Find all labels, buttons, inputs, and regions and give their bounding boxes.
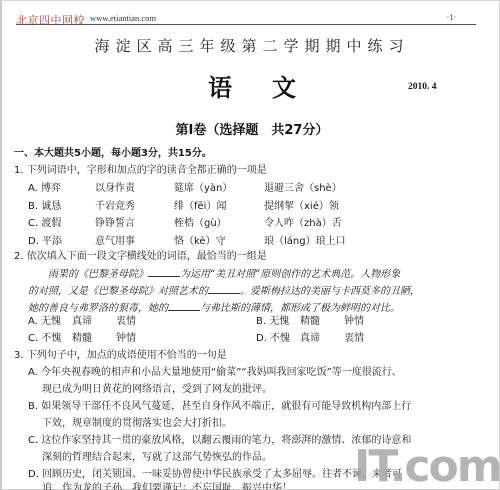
option-word: 精髓	[72, 329, 116, 344]
option-word: 令人咋（zhà）舌	[264, 214, 342, 229]
fill-blank	[208, 285, 240, 294]
question-1-options: A. 博弈 以身作责 筵席（yàn） 退避三舍（shè） B. 诚恳 千岩竞秀 …	[28, 179, 448, 249]
passage-line: 的对照，又是《巴黎圣母院》对照艺术的。爱斯梅拉达的美丽与卡西莫多的丑陋，	[28, 282, 488, 297]
option-word: 千岩竞秀	[95, 197, 135, 212]
option-word: 衷情	[116, 312, 160, 327]
option-b-line-1: B. 如果领导干部任不良风气蔓延，甚至自身作风不端正，就很有可能导致机构内部上行	[28, 397, 411, 412]
page-number: ·1·	[447, 13, 456, 22]
passage-line: 雨果的《巴黎圣母院》为运用“美丑对照”原则创作的艺术典范。人物形象	[28, 265, 488, 280]
option-d-line-1: D. 回顾历史，闭关锁国、一味妥协曾使中华民族承受了太多屈辱。往者不谏，来者可	[28, 465, 402, 480]
passage-text: 。爱斯梅拉达的美丽与卡西莫多的丑陋，	[240, 286, 420, 297]
option-word: 桎梏（gù）	[174, 214, 227, 229]
header-divider	[16, 24, 476, 25]
option-word: 筵席（yàn）	[174, 179, 232, 194]
option-row: A. 无愧真谛衷情	[28, 312, 160, 327]
option-word: 衷情	[344, 329, 388, 344]
option-word: 真谛	[72, 312, 116, 327]
option-label: D. 不愧	[256, 329, 300, 344]
option-word: 琅（láng）琅上口	[264, 232, 346, 247]
option-row: D. 不愧真谛衷情	[256, 329, 388, 344]
option-label: A. 博弈	[28, 179, 61, 194]
option-word: 精髓	[300, 312, 344, 327]
option-c-line-2: 深刻的哲理结合起来，写就了这部气势恢弘的作品。	[42, 448, 272, 463]
option-label: C. 不愧	[28, 329, 72, 344]
option-d-line-2: 追，作为龙的子孙，我们要谨记：不忘国耻，振兴中华！	[42, 479, 292, 490]
option-word: 意气用事	[95, 232, 135, 247]
question-1-stem: 1. 下列词语中，字形和加点的字的读音全都正确的一项是	[14, 161, 267, 176]
part-heading: 一、本大题共5小题，每小题3分，共15分。	[14, 144, 212, 159]
option-word: 以身作责	[95, 179, 135, 194]
option-label: A. 无愧	[28, 312, 72, 327]
option-a-line-1: A. 今年央视春晚的相声和小品大量地使用“偷菜”“我妈叫我回家吃饭”等一度很流行…	[28, 363, 402, 378]
option-label: B. 诚恳	[28, 197, 61, 212]
watermark-logo: IT.com.cn	[354, 441, 500, 490]
passage-text: 为运用“美丑对照”原则创作的艺术典范。人物形象	[180, 269, 400, 280]
option-row: B. 无愧精髓钟情	[256, 312, 388, 327]
exam-page: 北京四中网校 www.etiantian.com ·1· 海淀区高三年级第二学期…	[0, 0, 500, 490]
option-label: B. 无愧	[256, 312, 300, 327]
option-b-line-2: 下效，规章制度的贯彻落实也会大打折扣。	[42, 414, 232, 429]
option-word: 退避三舍（shè）	[264, 179, 342, 194]
option-a-line-2: 现已成为明日黄花的网络语言，受到了网友的批评。	[42, 380, 272, 395]
option-word: 恪（kè）守	[174, 232, 226, 247]
option-row: A. 博弈 以身作责 筵席（yàn） 退避三舍（shè）	[28, 179, 448, 197]
option-row: C. 不愧精髓钟情	[28, 329, 160, 344]
option-row: B. 诚恳 千岩竞秀 绯（fēi）闻 提纲挈（xié）领	[28, 197, 448, 215]
option-label: D. 平添	[28, 232, 62, 247]
option-word: 绯（fēi）闻	[174, 197, 226, 212]
passage-text: 雨果的《巴黎圣母院》	[48, 269, 148, 280]
brand-logo: 北京四中网校	[16, 12, 85, 28]
option-word: 铮铮誓言	[95, 214, 135, 229]
question-3-stem: 3. 下列句子中，加点的成语使用不恰当的一句是	[14, 346, 227, 361]
question-2-stem: 2. 依次填入下面一段文字横线处的词语，最恰当的一组是	[14, 247, 267, 262]
option-word: 钟情	[344, 312, 388, 327]
option-word: 钟情	[116, 329, 160, 344]
option-row: C. 渡假 铮铮誓言 桎梏（gù） 令人咋（zhà）舌	[28, 214, 448, 232]
site-url[interactable]: www.etiantian.com	[90, 13, 156, 23]
exam-title: 海淀区高三年级第二学期期中练习	[2, 35, 500, 56]
passage-text: 的对照，又是《巴黎圣母院》对照艺术的	[28, 286, 208, 297]
option-label: C. 渡假	[28, 214, 61, 229]
section-title: 第Ⅰ卷（选择题 共27分）	[2, 119, 500, 138]
option-word: 真谛	[300, 329, 344, 344]
fill-blank	[148, 268, 180, 277]
exam-date: 2010. 4	[408, 82, 437, 92]
option-word: 提纲挈（xié）领	[264, 197, 339, 212]
fill-blank	[168, 302, 200, 311]
